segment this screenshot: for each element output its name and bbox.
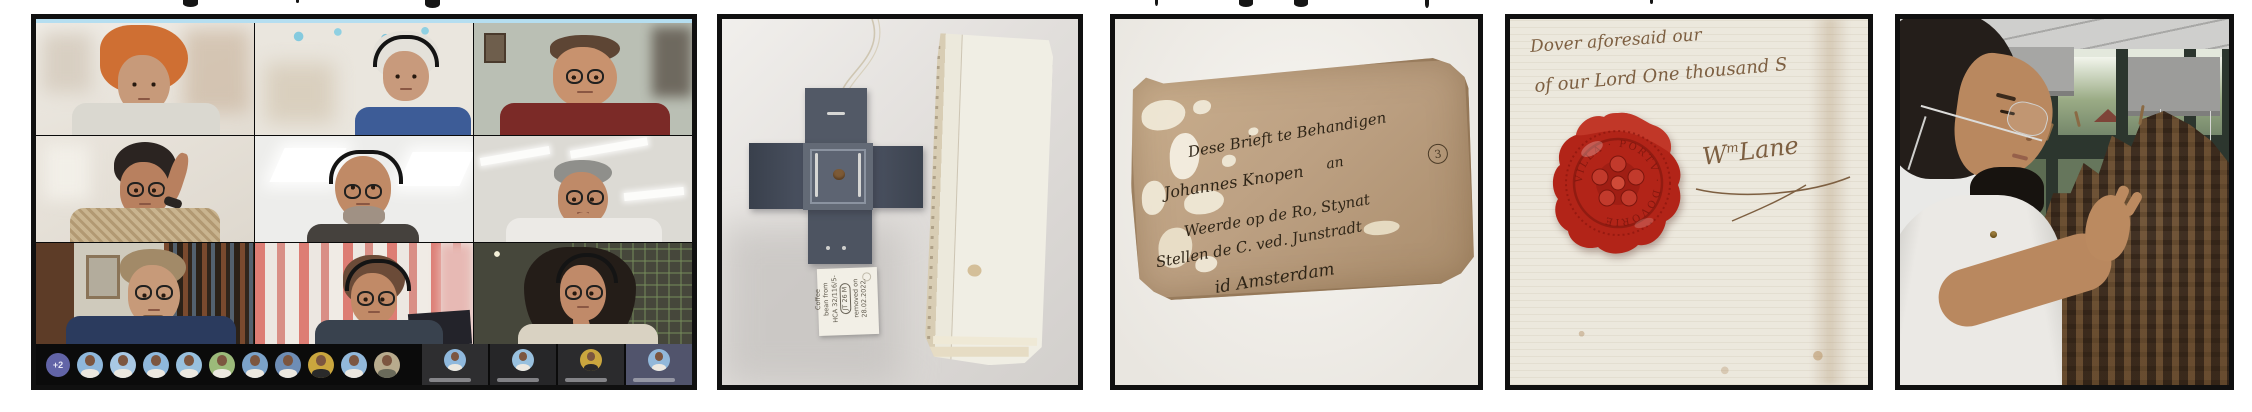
parchment-parcel: Dese Brieft te Behandigen an Johannes Kn…: [1125, 56, 1478, 302]
glasses: [565, 69, 605, 82]
address-line: an: [1325, 154, 1345, 173]
stain: [967, 264, 981, 276]
picture-frame: [86, 255, 120, 299]
text-fragment: [296, 0, 299, 3]
mini-tile-row: [422, 344, 692, 385]
mini-video-tile[interactable]: [422, 344, 488, 385]
hole: [842, 246, 846, 250]
participant-tile: [255, 243, 473, 346]
glasses: [343, 184, 383, 197]
participant-tile: [255, 23, 473, 135]
background-blur: [44, 144, 90, 200]
avatar[interactable]: [275, 352, 301, 378]
slot: [815, 153, 818, 197]
torso: [66, 316, 236, 346]
avatar: [648, 349, 670, 371]
parcel-scene: Dese Brieft te Behandigen an Johannes Kn…: [1115, 19, 1478, 385]
signature-flourish: [1686, 155, 1856, 225]
avatar[interactable]: [77, 352, 103, 378]
enclosure-right-flap: [871, 146, 923, 208]
participant-tile: [474, 136, 692, 242]
torso: [518, 324, 658, 346]
avatar: [444, 349, 466, 371]
glasses: [356, 291, 396, 304]
name-label: [633, 378, 675, 382]
torso: [506, 218, 662, 242]
text-fragment: [1239, 0, 1253, 7]
name-label: [429, 378, 471, 382]
text-fragment: [1650, 0, 1653, 4]
participant-strip: +2: [36, 344, 692, 385]
parchment-page: Dover aforesaid our of our Lord One thou…: [1510, 19, 1868, 385]
avatar[interactable]: [308, 352, 334, 378]
text-fragment: [183, 0, 198, 7]
hole: [826, 246, 830, 250]
text-fragment: [1425, 0, 1429, 8]
mini-video-tile[interactable]: [558, 344, 624, 385]
avatar[interactable]: [110, 352, 136, 378]
enclosure-scene: Coffee bean from HCA 32/116/5- JT 26 M r…: [722, 19, 1078, 385]
avatar[interactable]: [176, 352, 202, 378]
photo-conservator: [1895, 14, 2234, 390]
glasses: [565, 190, 605, 203]
surface-loss: [1363, 220, 1400, 236]
address-line: Dese Brieft te Behandigen: [1187, 108, 1388, 161]
red-wax-seal: VILLA · PORTV · DOVORIE: [1548, 103, 1688, 261]
enclosure-top-flap: [805, 88, 867, 145]
background-blur: [42, 33, 92, 93]
glasses: [134, 285, 174, 298]
address-line: id Amsterdam: [1213, 259, 1336, 298]
avatar: [512, 349, 534, 371]
beard: [343, 206, 385, 226]
participant-grid: [36, 23, 692, 344]
strip-light: [480, 146, 550, 166]
page-edge: [929, 347, 1029, 357]
fold-crease: [950, 34, 963, 364]
avatar: [580, 349, 602, 371]
tag-line: HCA 32/116/5-: [830, 265, 841, 332]
glasses: [564, 285, 604, 298]
photo-enclosure: Coffee bean from HCA 32/116/5- JT 26 M r…: [717, 14, 1083, 390]
tag-line: 28.02.2022.: [859, 264, 870, 331]
slot: [858, 153, 861, 197]
background-blur: [184, 29, 250, 113]
page: +2: [0, 0, 2252, 412]
picture-frame: [484, 33, 506, 63]
overflow-count-badge[interactable]: +2: [46, 353, 70, 377]
background-blur: [652, 27, 692, 97]
participant-tile: [36, 243, 254, 346]
name-label: [497, 378, 539, 382]
strip-light: [570, 137, 648, 158]
conservation-lab-scene: [1900, 19, 2229, 385]
circled-number: 3: [1427, 143, 1450, 166]
snap-button: [1990, 231, 1997, 238]
headset: [329, 150, 403, 184]
avatar[interactable]: [242, 352, 268, 378]
participant-tile: [255, 136, 473, 242]
torso: [500, 103, 670, 135]
name-label: [565, 378, 607, 382]
specimen-tag-card: Coffee bean from HCA 32/116/5- JT 26 M r…: [817, 267, 879, 336]
enclosure-bottom-flap: [808, 208, 872, 264]
avatar[interactable]: [143, 352, 169, 378]
coffee-bean: [833, 169, 845, 180]
torso: [355, 107, 471, 135]
surface-loss: [1141, 99, 1187, 131]
text-fragment: [1294, 0, 1308, 7]
participant-tile: [36, 136, 254, 242]
tag-text: Coffee bean from HCA 32/116/5- JT 26 M r…: [813, 264, 875, 333]
background-blur: [265, 63, 335, 123]
photo-video-call: +2: [31, 14, 697, 390]
script-edge-marks: [927, 39, 940, 339]
folded-papers-stack: [924, 33, 1053, 367]
page-edge: [933, 336, 1037, 346]
text-fragment: [1155, 0, 1158, 6]
text-fragment: [425, 0, 440, 8]
mini-video-tile[interactable]: [490, 344, 556, 385]
ceiling-light: [397, 152, 473, 186]
torso: [70, 208, 220, 242]
participant-tile: [36, 23, 254, 135]
enclosure-center-panel: [803, 143, 873, 210]
torso: [307, 224, 419, 242]
photo-sealed-document: Dover aforesaid our of our Lord One thou…: [1505, 14, 1873, 390]
surface-loss: [1222, 154, 1237, 167]
participant-tile: [474, 243, 692, 346]
photo-parcel: Dese Brieft te Behandigen an Johannes Kn…: [1110, 14, 1483, 390]
avatar[interactable]: [374, 352, 400, 378]
tag-line-circled: JT 26 M: [840, 282, 852, 314]
torso: [72, 103, 220, 135]
glasses: [126, 182, 166, 195]
avatar[interactable]: [209, 352, 235, 378]
slot: [827, 112, 845, 115]
meeting-window: +2: [36, 19, 692, 385]
torso: [315, 320, 443, 346]
participant-tile: [474, 23, 692, 135]
mini-video-tile-active[interactable]: [626, 344, 692, 385]
strip-light: [624, 187, 685, 201]
enclosure-left-flap: [749, 143, 805, 209]
avatar[interactable]: [341, 352, 367, 378]
surface-loss: [1193, 100, 1212, 115]
